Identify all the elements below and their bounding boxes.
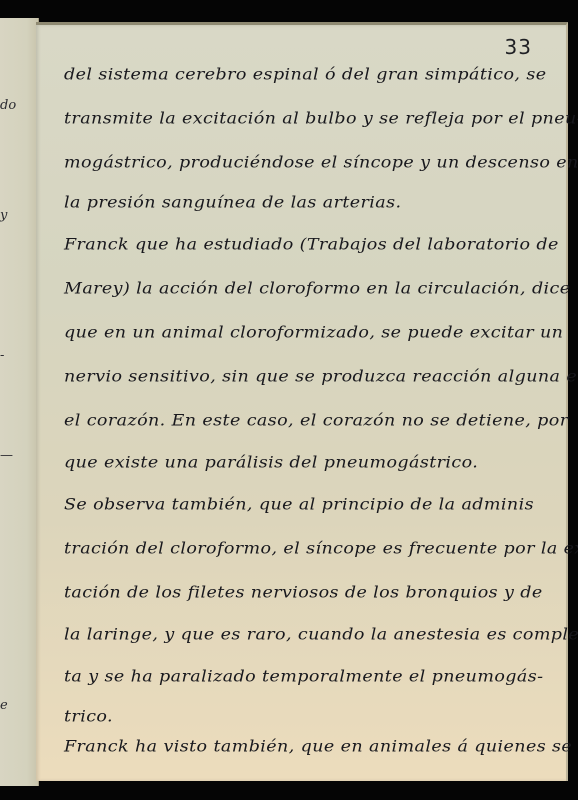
text-line: Se observa también, que al principio de … — [64, 496, 552, 514]
text-line: que existe una parálisis del pneumogástr… — [64, 454, 552, 472]
text-line: que en un animal cloroformizado, se pued… — [64, 324, 552, 342]
text-line: del sistema cerebro espinal ó del gran s… — [64, 66, 552, 84]
facing-left-page: do y - — e — [0, 18, 39, 786]
left-page-fragment: — — [0, 448, 13, 463]
left-page-fragment: y — [0, 208, 7, 223]
left-page-fragment: e — [0, 698, 8, 713]
text-line: Franck que ha estudiado (Trabajos del la… — [64, 236, 552, 254]
text-line: tración del cloroformo, el síncope es fr… — [64, 540, 552, 558]
text-line: Marey) la acción del cloroformo en la ci… — [64, 280, 552, 298]
left-page-fragment: - — [0, 348, 4, 363]
text-line: tación de los filetes nerviosos de los b… — [64, 584, 552, 602]
text-line: la presión sanguínea de las arterias. — [64, 194, 552, 212]
text-line: el corazón. En este caso, el corazón no … — [64, 412, 552, 430]
left-page-fragment: do — [0, 98, 16, 113]
manuscript-page: 33 del sistema cerebro espinal ó del gra… — [36, 22, 568, 781]
text-line: la laringe, y que es raro, cuando la ane… — [64, 626, 552, 644]
handwritten-text-body: del sistema cerebro espinal ó del gran s… — [36, 25, 566, 781]
text-line: transmite la excitación al bulbo y se re… — [64, 110, 552, 128]
text-line: trico. — [64, 708, 552, 726]
text-line: nervio sensitivo, sin que se produzca re… — [64, 368, 552, 386]
text-line: ta y se ha paralizado temporalmente el p… — [64, 668, 552, 686]
text-line: Franck ha visto también, que en animales… — [64, 738, 552, 756]
text-line: mogástrico, produciéndose el síncope y u… — [64, 154, 552, 172]
